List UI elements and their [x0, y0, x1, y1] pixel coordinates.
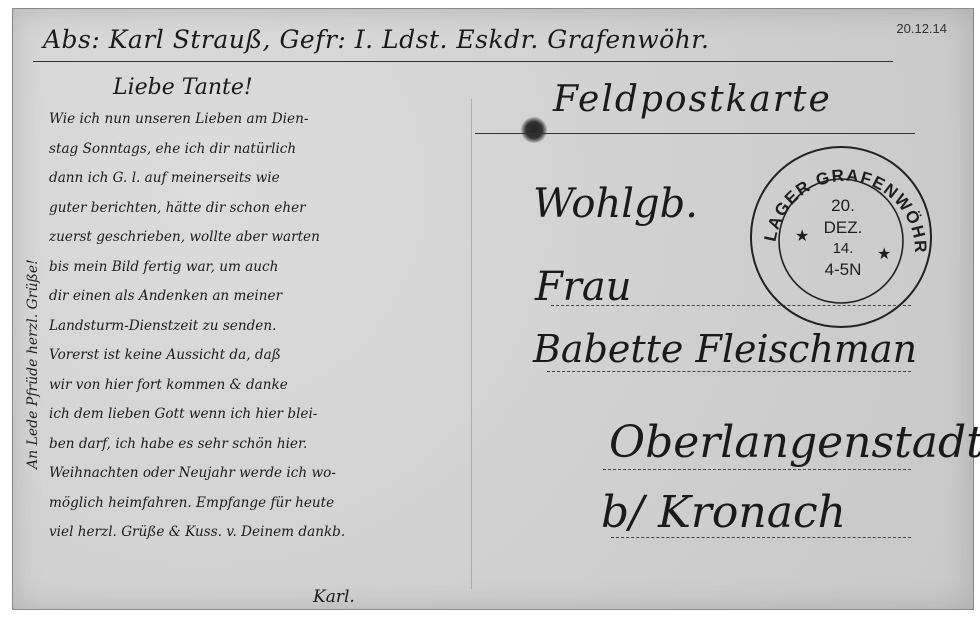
margin-note: An Lede Pfrüde herzl. Grüße!	[25, 259, 41, 469]
address-line-4	[611, 537, 911, 538]
message-line: Landsturm-Dienstzeit zu senden.	[49, 312, 469, 342]
postcard: Abs: Karl Strauß, Gefr: I. Ldst. Eskdr. …	[12, 8, 974, 610]
message-line: zuerst geschrieben, wollte aber warten	[49, 223, 469, 253]
sender-line: Abs: Karl Strauß, Gefr: I. Ldst. Eskdr. …	[43, 25, 709, 54]
message-line: guter berichten, hätte dir schon eher	[49, 194, 469, 224]
message-line: stag Sonntags, ehe ich dir natürlich	[49, 135, 469, 165]
message-greeting: Liebe Tante!	[113, 75, 253, 100]
postmark-time: 4-5N	[825, 260, 862, 279]
message-line: wir von hier fort kommen & danke	[49, 371, 469, 401]
signature: Karl.	[313, 587, 355, 607]
message-line: Weihnachten oder Neujahr werde ich wo-	[49, 459, 469, 489]
postmark-stamp: LAGER GRAFENWÖHR 20. DEZ. 14. 4-5N ★ ★	[745, 141, 937, 333]
heading-underline	[475, 133, 915, 134]
address-line-2	[547, 371, 911, 372]
postmark-year: 14.	[833, 240, 854, 257]
postmark-star-left-icon: ★	[795, 228, 809, 245]
feldpostkarte-heading: Feldpostkarte	[553, 79, 832, 120]
message-line: ich dem lieben Gott wenn ich hier blei-	[49, 400, 469, 430]
postmark-month: DEZ.	[824, 218, 863, 237]
archive-date-note: 20.12.14	[896, 21, 947, 36]
message-line: dann ich G. l. auf meinerseits wie	[49, 164, 469, 194]
message-line: ben darf, ich habe es sehr schön hier.	[49, 430, 469, 460]
address-recipient: Babette Fleischman	[533, 327, 917, 371]
sender-underline	[33, 61, 893, 62]
message-line: bis mein Bild fertig war, um auch	[49, 253, 469, 283]
address-town: Oberlangenstadt	[609, 417, 980, 468]
message-line: Vorerst ist keine Aussicht da, daß	[49, 341, 469, 371]
card-divider	[471, 99, 472, 589]
address-district: b/ Kronach	[601, 487, 846, 538]
message-line: Wie ich nun unseren Lieben am Dien-	[49, 105, 469, 135]
postmark-star-right-icon: ★	[877, 246, 891, 263]
message-line: viel herzl. Grüße & Kuss. v. Deinem dank…	[49, 518, 469, 548]
address-line-3	[603, 469, 911, 470]
message-body: Wie ich nun unseren Lieben am Dien- stag…	[49, 105, 469, 548]
address-salutation: Wohlgb.	[533, 181, 698, 227]
message-line: dir einen als Andenken an meiner	[49, 282, 469, 312]
ink-blot	[521, 117, 547, 143]
postmark-day: 20.	[831, 196, 855, 215]
address-title: Frau	[535, 264, 631, 310]
message-line: möglich heimfahren. Empfange für heute	[49, 489, 469, 519]
